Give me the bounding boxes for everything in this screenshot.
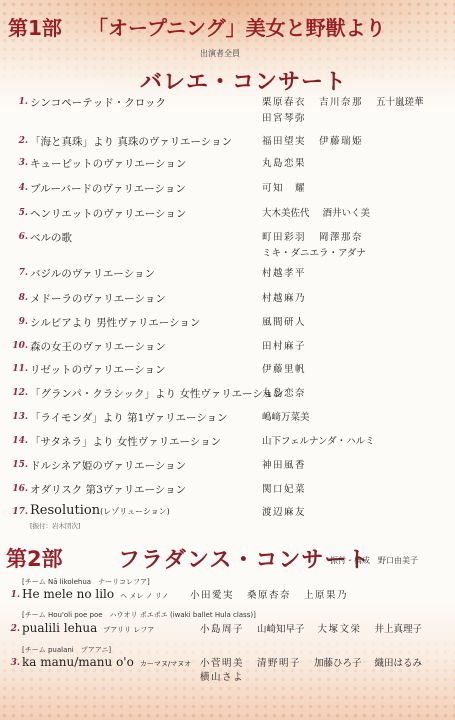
performer: 清野明子 — [257, 658, 301, 669]
item-performers: 福田望実伊藤瑞姫 — [262, 134, 376, 150]
performer: 渡辺麻友 — [262, 507, 306, 518]
item-performers: 村越麻乃 — [262, 291, 319, 307]
performer: 村越孝平 — [262, 268, 306, 279]
program-item: 5. ヘンリエットのヴァリエーション 大木美佐代酒井いく美 — [0, 206, 455, 226]
item-title: ヘンリエットのヴァリエーション — [30, 206, 186, 221]
performer: 桑原杏奈 — [247, 590, 291, 601]
item-performers: 山下フェルナンダ・ハルミ — [262, 434, 388, 450]
item-number: 12. — [6, 388, 28, 398]
item-title: キューピットのヴァリエーション — [30, 156, 186, 171]
item-number: 7. — [6, 268, 28, 278]
item-number: 15. — [6, 460, 28, 470]
item-title: 「グランパ・クラシック」より 女性ヴァリエーション — [30, 386, 284, 401]
item-number: 10. — [6, 341, 28, 351]
item-title: 「海と真珠」より 真珠のヴァリエーション — [30, 134, 232, 149]
performer: 伊藤里帆 — [262, 364, 306, 375]
item-performers: 関口妃菜 — [262, 482, 319, 498]
item-number: 13. — [6, 412, 28, 422]
program-item: 7. バジルのヴァリエーション 村越孝平 — [0, 266, 455, 286]
ballet-section-title: バレエ・コンサート — [140, 65, 347, 96]
item-number: 9. — [6, 317, 28, 327]
program-item: 4. ブルーバードのヴァリエーション 可知 耀 — [0, 181, 455, 201]
item-performers: 小菅明美清野明子加藤ひろ子織田はるみ横山さよ — [200, 657, 455, 685]
part1-label: 第1部 — [8, 12, 62, 41]
item-number: 5. — [6, 208, 28, 218]
performer: 神田風香 — [262, 460, 306, 471]
song-title: He mele no liloヘ メレ ノ リノ — [22, 587, 169, 601]
program-item: 2. 「海と真珠」より 真珠のヴァリエーション 福田望実伊藤瑞姫 — [0, 134, 455, 154]
item-title: リゼットのヴァリエーション — [30, 362, 165, 377]
performer: 丸島恋奈 — [262, 388, 306, 399]
item-performers: 大木美佐代酒井いく美 — [262, 206, 383, 222]
choreographer-note: [振付：岩木団次] — [30, 521, 81, 530]
item-performers: 伊藤里帆 — [262, 362, 319, 378]
item-title: ドルシネア姫のヴァリエーション — [30, 458, 186, 473]
song-kana: ヘ メレ ノ リノ — [120, 592, 168, 600]
item-number: 16. — [6, 484, 28, 494]
performer: 伊藤瑞姫 — [319, 136, 363, 147]
part1-performers-note: 出演者全員 — [200, 48, 240, 59]
performer: 井上真理子 — [375, 624, 423, 635]
performer: 加藤ひろ子 — [314, 658, 362, 669]
performer: 風間研人 — [262, 317, 306, 328]
performer: 福田望実 — [262, 136, 306, 147]
song-name: He mele no lilo — [22, 587, 114, 601]
item-number: 3. — [6, 658, 20, 668]
item-title: 「ライモンダ」より 第1ヴァリエーション — [30, 410, 228, 425]
program-item: 6. ベルの歌 町田彩羽岡澤那奈ミキ・ダニエラ・アダナ — [0, 230, 455, 250]
item-performers: 小島周子山崎知早子大塚文栄井上真理子 — [200, 623, 435, 637]
performer: 小島周子 — [200, 624, 244, 635]
song-kana: カーマヌ/マヌオ — [140, 660, 191, 668]
item-title: シンコペーテッド・クロック — [30, 95, 166, 110]
program-item: 17. Resolution(レゾリューション) [振付：岩木団次] 渡辺麻友 — [0, 505, 455, 535]
item-number: 1. — [6, 97, 28, 107]
part1-title: 「オープニング」美女と野獣より — [88, 12, 386, 41]
performer: 嶋﨑万菜美 — [262, 412, 310, 423]
item-title-main: Resolution — [30, 503, 100, 518]
item-performers: 嶋﨑万菜美 — [262, 410, 323, 426]
performer: 織田はるみ — [375, 658, 423, 669]
program-item: 13. 「ライモンダ」より 第1ヴァリエーション 嶋﨑万菜美 — [0, 410, 455, 430]
performer: 酒井いく美 — [323, 208, 371, 219]
item-number: 17. — [6, 507, 28, 517]
program-item: 3. キューピットのヴァリエーション 丸島恋果 — [0, 156, 455, 176]
performer: ミキ・ダニエラ・アダナ — [262, 248, 366, 259]
item-title: メドーラのヴァリエーション — [30, 291, 166, 306]
item-title: ブルーバードのヴァリエーション — [30, 181, 186, 196]
item-title: バジルのヴァリエーション — [30, 266, 155, 281]
performer: 関口妃菜 — [262, 484, 306, 495]
item-performers: 丸島恋奈 — [262, 386, 319, 402]
item-title-sub: (レゾリューション) — [100, 507, 170, 516]
song-name: pualili lehua — [22, 621, 97, 635]
performer: 吉川奈那 — [319, 97, 363, 108]
performer: 町田彩羽 — [262, 232, 306, 243]
performer: 大木美佐代 — [262, 208, 310, 219]
item-number: 2. — [6, 136, 28, 146]
item-performers: 田村麻子 — [262, 339, 319, 355]
item-number: 8. — [6, 293, 28, 303]
performer: 大塚文栄 — [318, 624, 362, 635]
performer: 田宮琴弥 — [262, 113, 306, 124]
item-performers: 風間研人 — [262, 315, 319, 331]
performer: 上原果乃 — [304, 590, 348, 601]
item-title: 「サタネラ」より 女性ヴァリエーション — [30, 434, 221, 449]
performer: 村越麻乃 — [262, 293, 306, 304]
performer: 山崎知早子 — [257, 624, 305, 635]
item-performers: 可知 耀 — [262, 181, 319, 197]
performer: 横山さよ — [200, 672, 244, 683]
item-performers: 栗原春衣吉川奈那五十嵐瑳華田宮琴弥 — [262, 95, 452, 127]
item-number: 2. — [6, 624, 20, 634]
performer: 小田愛実 — [190, 590, 234, 601]
item-number: 6. — [6, 232, 28, 242]
item-number: 11. — [6, 364, 28, 374]
item-number: 4. — [6, 183, 28, 193]
item-number: 14. — [6, 436, 28, 446]
song-kana: プアリリ レフア — [103, 626, 154, 634]
item-performers: 神田風香 — [262, 458, 319, 474]
choreography-credit: 振付・構成 野口由美子 — [330, 555, 418, 566]
item-number: 3. — [6, 158, 28, 168]
item-performers: 丸島恋果 — [262, 156, 319, 172]
item-performers: 渡辺麻友 — [262, 505, 319, 521]
item-title: 森の女王のヴァリエーション — [30, 339, 166, 354]
performer: 丸島恋果 — [262, 158, 306, 169]
item-title: Resolution(レゾリューション) — [30, 503, 170, 518]
song-name: ka manu/manu o'o — [22, 655, 134, 669]
item-number: 1. — [6, 590, 20, 600]
item-title: ベルの歌 — [30, 230, 72, 245]
song-title: ka manu/manu o'oカーマヌ/マヌオ — [22, 655, 191, 669]
item-performers: 小田愛実桑原杏奈上原果乃 — [190, 589, 361, 603]
team-name: [チーム Nā likolehua ナーリコレフア] — [22, 577, 150, 587]
team-name: [チーム Hou'oli poe poe ハウオリ ポエポエ (iwaki ba… — [22, 610, 256, 620]
item-title: シルビアより 男性ヴァリエーション — [30, 315, 200, 330]
program-item: 16. オダリスク 第3ヴァリエーション 関口妃菜 — [0, 482, 455, 502]
song-title: pualili lehuaプアリリ レフア — [22, 621, 154, 635]
program-item: 12. 「グランパ・クラシック」より 女性ヴァリエーション 丸島恋奈 — [0, 386, 455, 406]
program-item: 15. ドルシネア姫のヴァリエーション 神田風香 — [0, 458, 455, 478]
team-name: [チーム pualani プアアニ] — [22, 645, 111, 655]
performer: 田村麻子 — [262, 341, 306, 352]
performer: 岡澤那奈 — [319, 232, 363, 243]
program-item: 14. 「サタネラ」より 女性ヴァリエーション 山下フェルナンダ・ハルミ — [0, 434, 455, 454]
program-item: 10. 森の女王のヴァリエーション 田村麻子 — [0, 339, 455, 359]
performer: 栗原春衣 — [262, 97, 306, 108]
program-item: 11. リゼットのヴァリエーション 伊藤里帆 — [0, 362, 455, 382]
item-title: オダリスク 第3ヴァリエーション — [30, 482, 186, 497]
item-performers: 村越孝平 — [262, 266, 319, 282]
program-item: 8. メドーラのヴァリエーション 村越麻乃 — [0, 291, 455, 311]
program-item: 1. シンコペーテッド・クロック 栗原春衣吉川奈那五十嵐瑳華田宮琴弥 — [0, 95, 455, 115]
item-performers: 町田彩羽岡澤那奈ミキ・ダニエラ・アダナ — [262, 230, 379, 262]
part2-label: 第2部 — [6, 543, 63, 573]
program-item: 9. シルビアより 男性ヴァリエーション 風間研人 — [0, 315, 455, 335]
performer: 五十嵐瑳華 — [376, 97, 424, 108]
performer: 山下フェルナンダ・ハルミ — [262, 436, 375, 447]
performer: 小菅明美 — [200, 658, 244, 669]
performer: 可知 耀 — [262, 183, 306, 194]
